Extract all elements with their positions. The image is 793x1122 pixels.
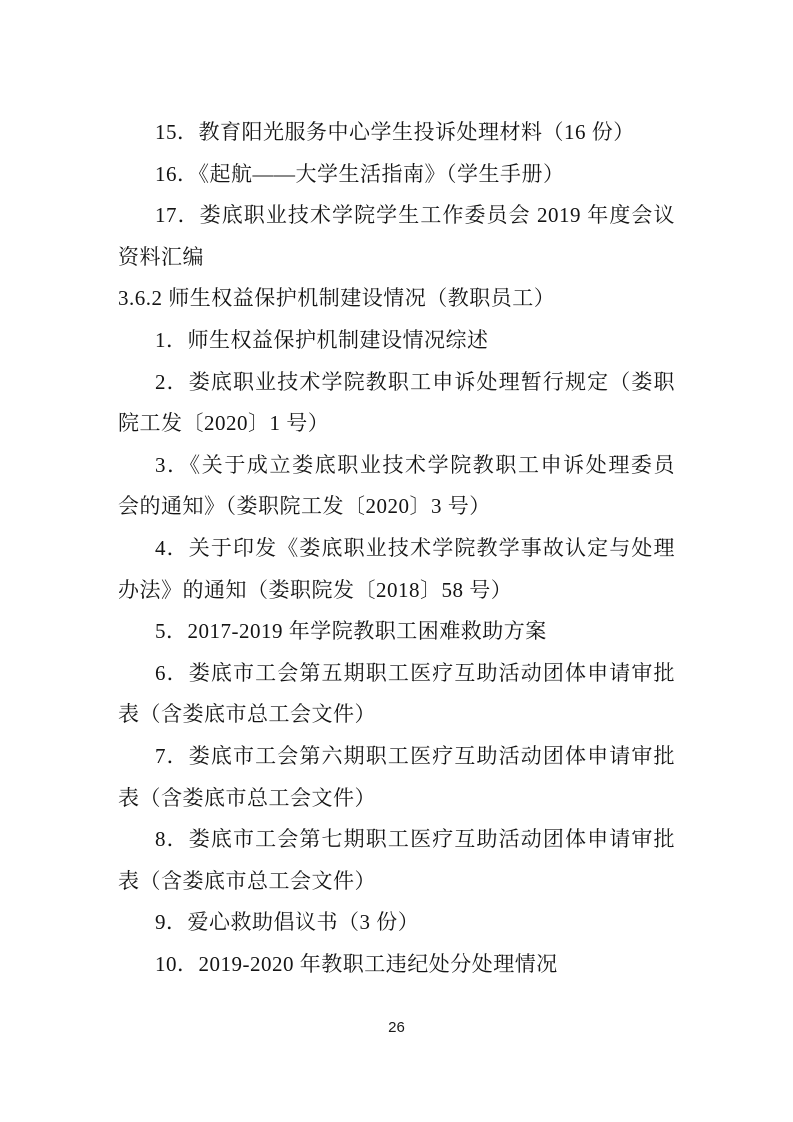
page-number: 26 xyxy=(388,1019,405,1036)
continuation-line: 院工发〔2020〕1 号） xyxy=(118,403,675,445)
continuation-line: 会的通知》（娄职院工发〔2020〕3 号） xyxy=(118,486,675,528)
continuation-line: 表（含娄底市总工会文件） xyxy=(118,861,675,903)
list-item-line: 9．爱心救助倡议书（3 份） xyxy=(118,902,675,944)
list-item-line: 4．关于印发《娄底职业技术学院教学事故认定与处理 xyxy=(118,528,675,570)
list-item-line: 10．2019-2020 年教职工违纪处分处理情况 xyxy=(118,944,675,986)
list-item-line: 16．《起航——大学生活指南》（学生手册） xyxy=(118,154,675,196)
document-page: 15．教育阳光服务中心学生投诉处理材料（16 份） 16．《起航——大学生活指南… xyxy=(0,0,793,1122)
list-item-line: 6．娄底市工会第五期职工医疗互助活动团体申请审批 xyxy=(118,653,675,695)
list-item-line: 1．师生权益保护机制建设情况综述 xyxy=(118,320,675,362)
continuation-line: 表（含娄底市总工会文件） xyxy=(118,694,675,736)
list-item-line: 8．娄底市工会第七期职工医疗互助活动团体申请审批 xyxy=(118,819,675,861)
list-item-line: 17．娄底职业技术学院学生工作委员会 2019 年度会议 xyxy=(118,195,675,237)
continuation-line: 表（含娄底市总工会文件） xyxy=(118,778,675,820)
list-item-line: 5．2017-2019 年学院教职工困难救助方案 xyxy=(118,611,675,653)
list-item-line: 15．教育阳光服务中心学生投诉处理材料（16 份） xyxy=(118,112,675,154)
continuation-line: 资料汇编 xyxy=(118,237,675,279)
list-item-line: 2．娄底职业技术学院教职工申诉处理暂行规定（娄职 xyxy=(118,362,675,404)
list-item-line: 7．娄底市工会第六期职工医疗互助活动团体申请审批 xyxy=(118,736,675,778)
list-item-line: 3．《关于成立娄底职业技术学院教职工申诉处理委员 xyxy=(118,445,675,487)
page-footer: 26 xyxy=(0,1019,793,1036)
continuation-line: 办法》的通知（娄职院发〔2018〕58 号） xyxy=(118,570,675,612)
document-text-block: 15．教育阳光服务中心学生投诉处理材料（16 份） 16．《起航——大学生活指南… xyxy=(118,112,675,985)
section-heading: 3.6.2 师生权益保护机制建设情况（教职员工） xyxy=(118,278,675,320)
